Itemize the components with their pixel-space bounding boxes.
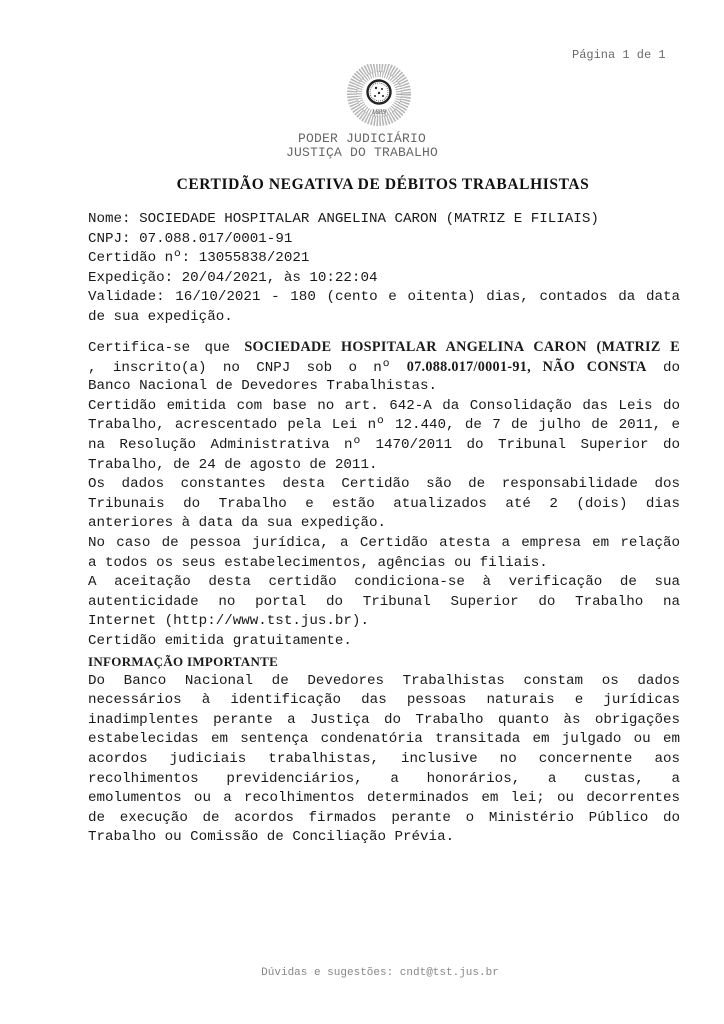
text-line: autenticidade no portal do Tribunal Supe… [88, 593, 680, 613]
certidao-value: 13055838/2021 [199, 250, 310, 266]
text-line: emolumentos ou a recolhimentos determina… [88, 789, 680, 809]
text-line: inadimplentes perante a Justiça do Traba… [88, 711, 680, 731]
text-line: Trabalho, de 24 de agosto de 2011. [88, 456, 680, 476]
certidao-label: Certidão nº: [88, 250, 190, 266]
text-line: Tribunais do Trabalho e estão atualizado… [88, 495, 680, 515]
cnpj-suffix: do [647, 360, 680, 376]
footer-contact: Dúvidas e sugestões: cndt@tst.jus.br [0, 967, 724, 979]
certification-block: Certifica-se que SOCIEDADE HOSPITALAR AN… [88, 338, 680, 652]
page-number: Página 1 de 1 [572, 48, 666, 62]
text-line: anteriores à data da sua expedição. [88, 514, 680, 534]
cnpj-label: CNPJ: [88, 231, 131, 247]
identification-block: Nome: SOCIEDADE HOSPITALAR ANGELINA CARO… [88, 210, 680, 328]
document-title: CERTIDÃO NEGATIVA DE DÉBITOS TRABALHISTA… [0, 176, 724, 194]
org-name-justica-do-trabalho: JUSTIÇA DO TRABALHO [0, 146, 724, 160]
text-line: Banco Nacional de Devedores Trabalhistas… [88, 377, 680, 397]
text-line: Trabalho ou Comissão de Conciliação Prév… [88, 828, 680, 848]
text-line: Certidão emitida com base no art. 642-A … [88, 397, 680, 417]
text-line: A aceitação desta certidão condiciona-se… [88, 573, 680, 593]
certify-prefix: Certifica-se que [88, 340, 244, 356]
nao-consta-status: 07.088.017/0001-91, NÃO CONSTA [407, 359, 647, 375]
cnpj-prefix: , inscrito(a) no CNPJ sob o nº [88, 360, 407, 376]
nome-value: SOCIEDADE HOSPITALAR ANGELINA CARON (MAT… [139, 211, 599, 227]
important-heading: INFORMAÇÃO IMPORTANTE [88, 652, 680, 672]
text-line: recolhimentos previdenciários, a honorár… [88, 770, 680, 790]
validade-value: 16/10/2021 - 180 (cento e oitenta) dias,… [175, 289, 680, 305]
important-info-block: INFORMAÇÃO IMPORTANTE Do Banco Nacional … [88, 652, 680, 848]
text-line: a todos os seus estabelecimentos, agênci… [88, 554, 680, 574]
validade-label: Validade: [88, 289, 165, 305]
svg-text:1889: 1889 [372, 108, 387, 116]
text-line: de execução de acordos firmados perante … [88, 809, 680, 829]
text-line: Os dados constantes desta Certidão são d… [88, 475, 680, 495]
org-name-poder-judiciario: PODER JUDICIÁRIO [0, 132, 724, 146]
text-line: Internet (http://www.tst.jus.br). [88, 612, 680, 632]
text-line: Certidão emitida gratuitamente. [88, 632, 680, 652]
text-line: acordos judiciais trabalhistas, inclusiv… [88, 750, 680, 770]
text-line: Do Banco Nacional de Devedores Trabalhis… [88, 672, 680, 692]
nome-label: Nome: [88, 211, 131, 227]
validade-continuation: de sua expedição. [88, 308, 680, 328]
text-line: estabelecidas em sentença condenatória t… [88, 730, 680, 750]
text-line: Trabalho, acrescentado pela Lei nº 12.44… [88, 416, 680, 436]
cnpj-value: 07.088.017/0001-91 [139, 231, 292, 247]
text-line: necessários à identificação das pessoas … [88, 691, 680, 711]
expedicao-label: Expedição: [88, 270, 173, 286]
text-line: na Resolução Administrativa nº 1470/2011… [88, 436, 680, 456]
expedicao-value: 20/04/2021, às 10:22:04 [182, 270, 378, 286]
text-line: No caso de pessoa jurídica, a Certidão a… [88, 534, 680, 554]
brazil-coat-of-arms-icon: 1889 [342, 64, 416, 128]
